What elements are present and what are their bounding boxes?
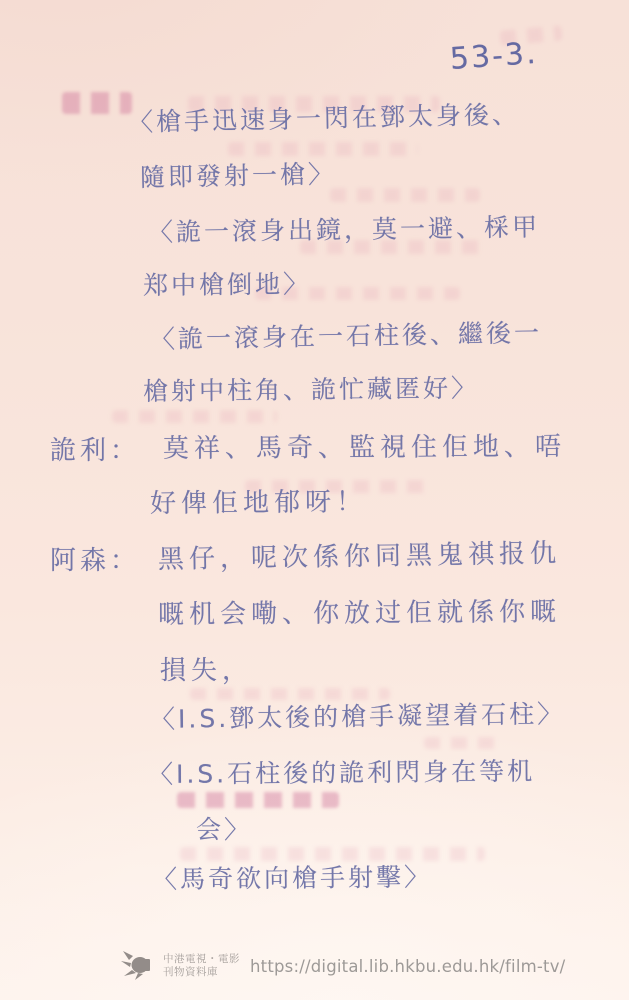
dialogue-line: 損失，: [160, 650, 253, 687]
dialogue-line: 嘅机会嘞、你放过佢就係你嘅: [158, 591, 561, 631]
stage-direction-line: 〈I.S.鄧太後的槍手凝望着石柱〉: [150, 694, 566, 736]
dialogue-line: 莫祥、馬奇、監視住佢地、唔: [163, 426, 566, 465]
stage-direction-line: 〈詭一滾身出鏡，莫一避、棌甲: [148, 208, 540, 249]
watermark-org-line2: 刊物資料庫: [163, 966, 240, 979]
script-page: 53-3. 〈槍手迅速身一閃在鄧太身後、 隨即發射一槍〉 〈詭一滾身出鏡，莫一避…: [0, 0, 629, 1000]
stage-direction-line: 〈馬奇欲向槍手射擊〉: [152, 858, 432, 896]
stage-direction-line: 郑中槍倒地〉: [143, 265, 311, 302]
stage-direction-line: 〈I.S.石柱後的詭利閃身在等机: [148, 752, 535, 791]
watermark-org-line1: 中港電視・電影: [163, 953, 240, 966]
bleed-through-mark: [62, 92, 132, 114]
dialogue-line: 好俾佢地郁呀！: [150, 481, 367, 520]
bleed-through-mark: [177, 792, 339, 808]
speaker-name: 詭利：: [50, 430, 140, 467]
stage-direction-line: 槍射中柱角、詭忙藏匿好〉: [143, 368, 479, 408]
dialogue-line: 黑仔，呢次係你同黑鬼祺报仇: [158, 533, 562, 576]
stage-direction-line: 会〉: [196, 810, 252, 846]
speaker-name: 阿森：: [50, 540, 140, 577]
stage-direction-line: 隨即發射一槍〉: [140, 155, 337, 194]
watermark: 中港電視・電影 刊物資料庫 https://digital.lib.hkbu.e…: [120, 946, 565, 986]
page-number: 53-3.: [449, 36, 539, 77]
stage-direction-line: 〈槍手迅速身一閃在鄧太身後、: [128, 95, 521, 139]
watermark-org-name: 中港電視・電影 刊物資料庫: [163, 953, 240, 979]
watermark-url: https://digital.lib.hkbu.edu.hk/film-tv/: [250, 957, 565, 976]
film-spotlight-logo-icon: [120, 946, 156, 986]
bleed-through-mark: [330, 188, 480, 202]
bleed-through-mark: [112, 410, 277, 423]
stage-direction-line: 〈詭一滾身在一石柱後、繼後一: [150, 313, 543, 356]
bleed-through-mark: [424, 737, 502, 749]
